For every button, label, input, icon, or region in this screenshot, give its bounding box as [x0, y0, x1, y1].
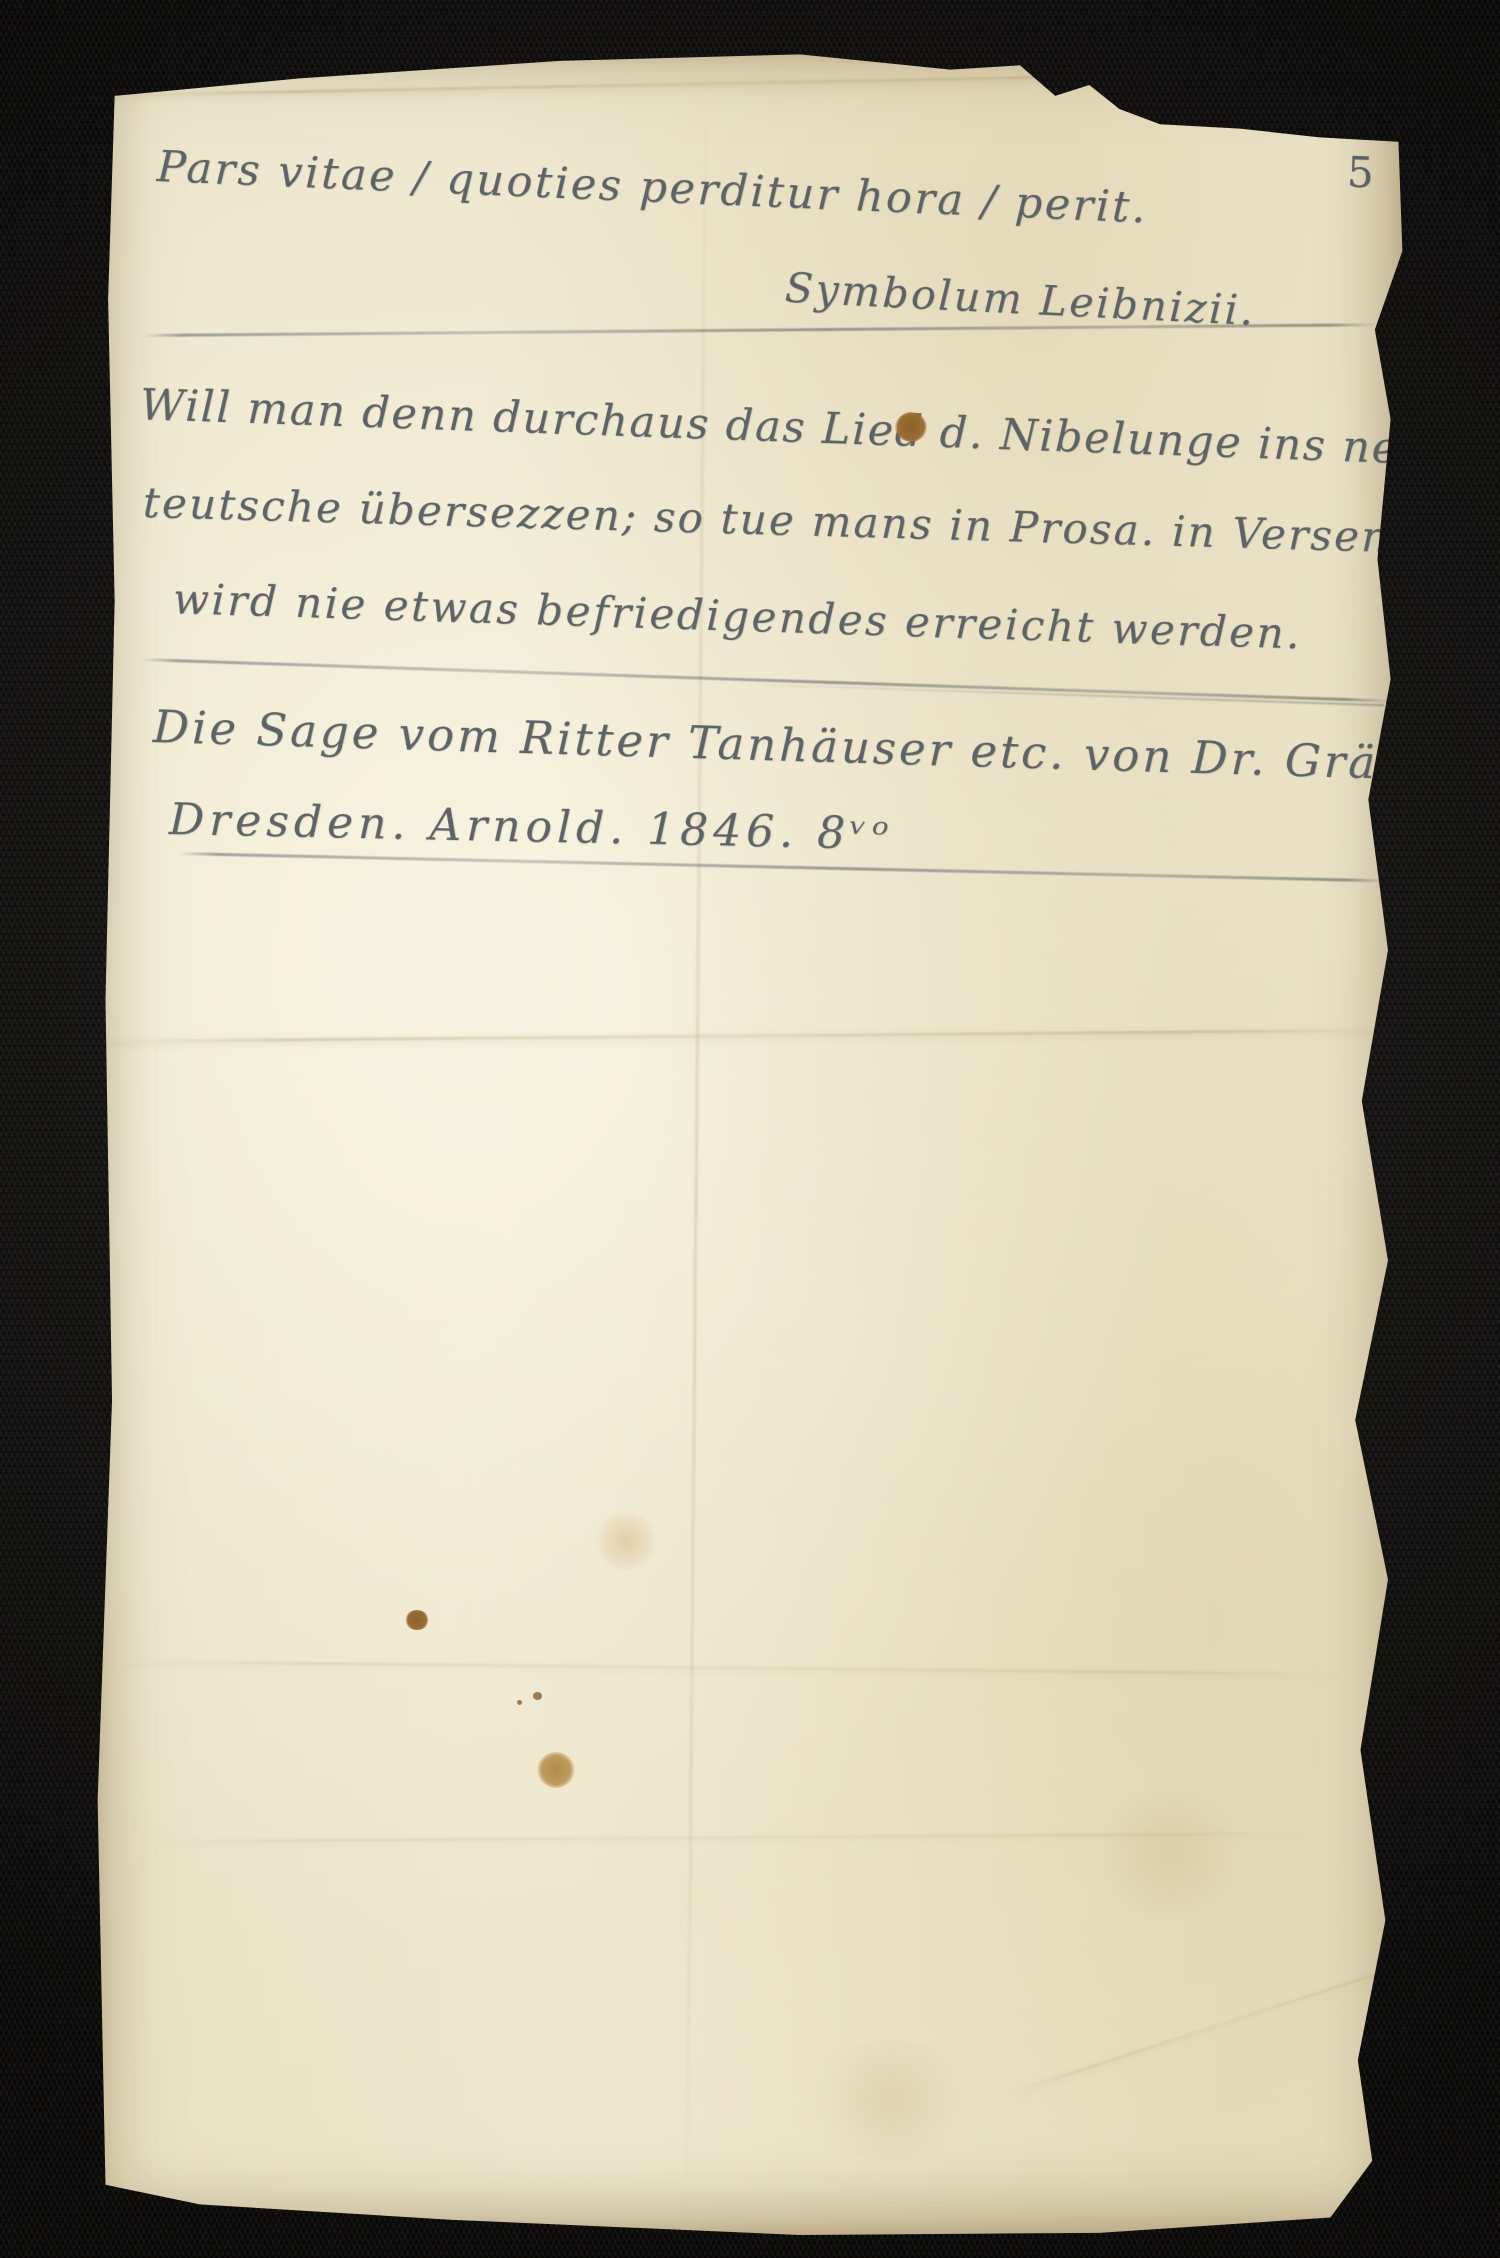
crease-top [95, 69, 1405, 97]
speck-1 [533, 1692, 542, 1700]
bibliography-line-2: Dresden. Arnold. 1846. 8ᵛᵒ [168, 794, 894, 860]
page-number: 5 [1346, 148, 1374, 198]
note-line-2: teutsche übersezzen; so tue mans in Pros… [142, 478, 1391, 562]
note-line-3: wird nie etwas befriedigendes erreicht w… [172, 574, 1303, 658]
crease-vertical-fold [685, 50, 707, 2235]
speck-2 [517, 1700, 522, 1705]
crease-middle-fold [95, 1029, 1405, 1043]
round-stain-lower [537, 1752, 575, 1788]
paper-edge-shading [95, 50, 1405, 2235]
motto-line: Pars vitae / quoties perditur hora / per… [156, 142, 1149, 233]
crease-bottom-diagonal [1015, 1960, 1415, 2093]
crease-lower-2 [155, 1832, 1308, 1843]
crease-lower-1 [125, 1660, 1330, 1676]
dark-fabric-background: 5 Pars vitae / quoties perditur hora / p… [0, 0, 1500, 2258]
faint-stain-bottom-center [795, 2040, 985, 2160]
faint-stain-bottom-right [1085, 1790, 1255, 1920]
note-line-1: Will man denn durchaus das Lied d. Nibel… [139, 380, 1467, 476]
foxing-stain-mid [593, 1512, 659, 1570]
bibliography-line-1: Die Sage vom Ritter Tanhäuser etc. von D… [152, 700, 1478, 792]
spot-small [405, 1610, 429, 1630]
manuscript-paper: 5 Pars vitae / quoties perditur hora / p… [95, 50, 1405, 2235]
pencil-rule-2 [140, 658, 1394, 703]
